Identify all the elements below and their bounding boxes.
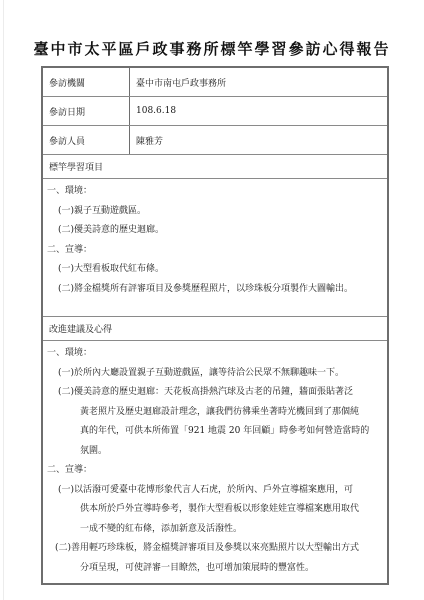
list-item: (一)於所內大廳設置親子互動遊戲區，讓等待洽公民眾不無聊趣味一下。: [47, 364, 381, 384]
section-body-improvements: 一、環境： (一)於所內大廳設置親子互動遊戲區，讓等待洽公民眾不無聊趣味一下。 …: [43, 341, 387, 583]
list-item-continuation: 供本所於戶外宣導時參考，製作大型看板以形象娃娃宣導檔案應用取代: [47, 500, 381, 520]
list-item-continuation: 氛圍。: [47, 442, 381, 462]
page-edge: [3, 0, 4, 600]
list-item-continuation: 真的年代，可供本所佈置「921 地震 20 年回顧」時參考如何營造當時的: [47, 422, 381, 442]
list-item: (二)優美詩意的歷史迴廊：天花板高掛熱汽球及古老的吊鐘，牆面張貼著泛: [47, 383, 381, 403]
info-label: 參訪機關: [43, 68, 130, 96]
section-body-benchmark: 一、環境： (一)親子互動遊戲區。 (二)優美詩意的歷史迴廊。 二、宣導： (一…: [43, 179, 387, 317]
list-heading: 二、宣導：: [47, 461, 381, 481]
section-heading-improvements: 改進建議及心得: [43, 317, 387, 341]
section-heading-benchmark: 標竿學習項目: [43, 155, 387, 179]
info-value: 陳雅芳: [130, 126, 387, 154]
list-item: (一)親子互動遊戲區。: [47, 202, 381, 222]
info-row-date: 參訪日期 108.6.18: [43, 97, 387, 126]
info-value: 臺中市南屯戶政事務所: [130, 68, 387, 96]
info-label: 參訪人員: [43, 126, 130, 154]
list-item-continuation: 分項呈現，可使評審一目瞭然，也可增加策展時的豐富性。: [47, 559, 381, 579]
document-title: 臺中市太平區戶政事務所標竿學習參訪心得報告: [0, 38, 424, 59]
info-row-agency: 參訪機關 臺中市南屯戶政事務所: [43, 68, 387, 97]
list-item: (二)將金檔獎所有評審項目及參獎歷程照片，以珍珠板分項製作大圖輸出。: [47, 280, 381, 300]
list-heading: 一、環境：: [47, 344, 381, 364]
list-heading: 二、宣導：: [47, 241, 381, 261]
report-table: 參訪機關 臺中市南屯戶政事務所 參訪日期 108.6.18 參訪人員 陳雅芳 標…: [41, 66, 389, 585]
list-heading: 一、環境：: [47, 182, 381, 202]
list-item: (一)以活潑可愛臺中花博形象代言人石虎，於所內、戶外宣導檔案應用，可: [47, 481, 381, 501]
info-value: 108.6.18: [130, 97, 387, 125]
list-item-continuation: 一成不變的紅布條，添加新意及活潑性。: [47, 520, 381, 540]
list-item: (一)大型看板取代紅布條。: [47, 260, 381, 280]
list-item: (二)優美詩意的歷史迴廊。: [47, 221, 381, 241]
list-item: (二)善用輕巧珍珠板，將金檔獎評審項目及參獎以來亮點照片以大型輸出方式: [47, 539, 381, 559]
info-row-person: 參訪人員 陳雅芳: [43, 126, 387, 155]
info-label: 參訪日期: [43, 97, 130, 125]
list-item-continuation: 黃老照片及歷史迴廊設計理念，讓我們彷彿乘坐著時光機回到了那個純: [47, 403, 381, 423]
